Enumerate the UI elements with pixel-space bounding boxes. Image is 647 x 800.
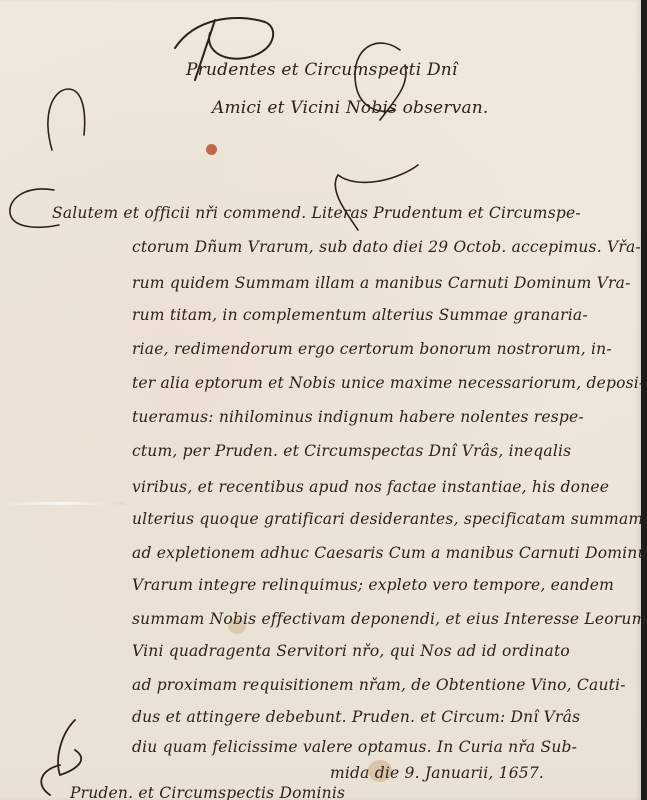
body-line: ad proximam requisitionem nřam, de Obten… bbox=[132, 676, 626, 694]
body-line: tueramus: nihilominus indignum habere no… bbox=[132, 408, 584, 426]
body-line: ter alia eptorum et Nobis unice maxime n… bbox=[132, 374, 644, 392]
body-line: riae, redimendorum ergo certorum bonorum… bbox=[132, 340, 612, 358]
body-line: ulterius quoque gratificari desiderantes… bbox=[132, 510, 643, 528]
body-line: Salutem et officii nři commend. Literas … bbox=[52, 204, 581, 222]
address-line-2: Amici et Vicini Nobis observan. bbox=[212, 98, 489, 118]
body-line: Vini quadragenta Servitori nřo, qui Nos … bbox=[132, 642, 570, 660]
body-line: Vrarum integre relinquimus; expleto vero… bbox=[132, 576, 614, 594]
body-line: viribus, et recentibus apud nos factae i… bbox=[132, 478, 609, 496]
letter-page: Prudentes et Circumspecti Dnî Amici et V… bbox=[0, 0, 641, 800]
body-line: dus et attingere debebunt. Pruden. et Ci… bbox=[132, 708, 580, 726]
date-line: mida die 9. Januarii, 1657. bbox=[330, 764, 544, 782]
address-line-1: Prudentes et Circumspecti Dnî bbox=[186, 60, 458, 80]
body-line: summam Nobis effectivam deponendi, et ei… bbox=[132, 610, 647, 628]
body-line: ad expletionem adhuc Caesaris Cum a mani… bbox=[132, 544, 647, 562]
margin-loop-flourish-icon bbox=[40, 85, 90, 155]
initial-l-flourish-icon bbox=[318, 160, 428, 240]
body-line: diu quam felicissime valere optamus. In … bbox=[132, 738, 577, 756]
body-line: rum quidem Summam illam a manibus Carnut… bbox=[132, 274, 631, 292]
body-line: ctum, per Pruden. et Circumspectas Dnî V… bbox=[132, 442, 571, 460]
body-line: ctorum Dñum Vrarum, sub dato diei 29 Oct… bbox=[132, 238, 641, 256]
paper-fold-crease bbox=[0, 502, 125, 505]
body-line: rum titam, in complementum alterius Summ… bbox=[132, 306, 588, 324]
signature-fragment: Pruden. et Circumspectis Dominis bbox=[70, 784, 345, 800]
red-wax-spot bbox=[206, 144, 217, 155]
